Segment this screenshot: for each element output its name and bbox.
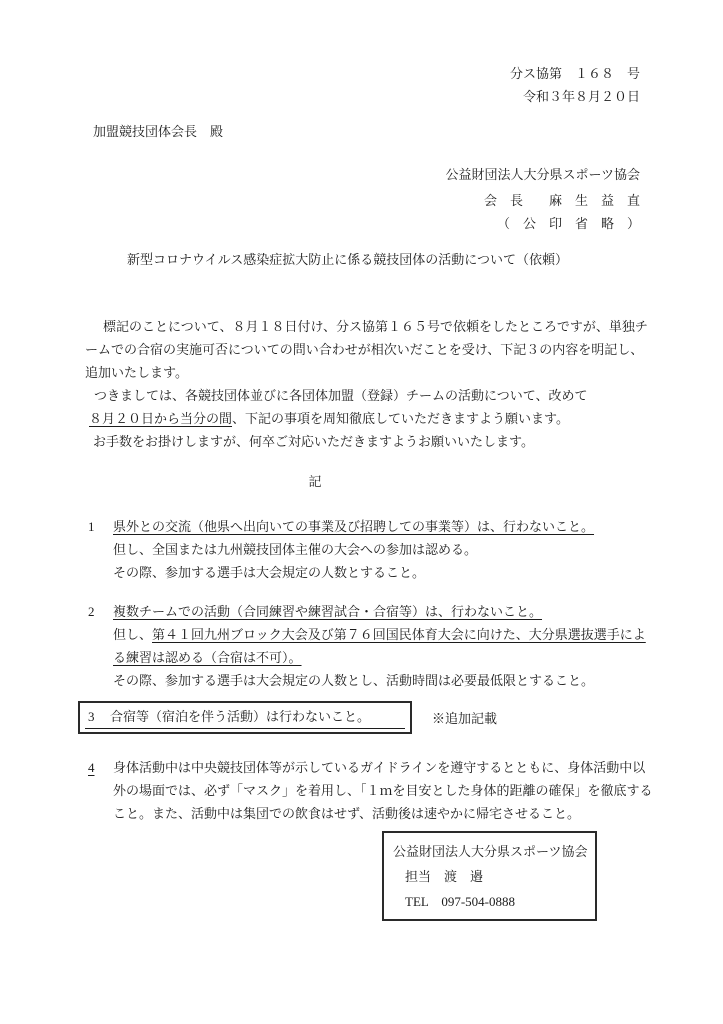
item-number: 3 — [85, 705, 110, 728]
item-line: その際、参加する選手は大会規定の人数とすること。 — [113, 561, 640, 584]
ref-number: 分ス協第 １６８ 号 — [85, 62, 640, 85]
document-page: 分ス協第 １６８ 号 令和３年８月２０日 加盟競技団体会長 殿 公益財団法人大分… — [0, 0, 723, 1024]
underlined-rule-text: 県外との交流（他県へ出向いての事業及び招聘しての事業等）は、行わないこと。 — [113, 519, 594, 534]
underlined-period-text: ８月２０日から当分の間 — [89, 411, 232, 426]
paragraph-line: 標記のことについて、８月１８日付け、分ス協第１６５号で依頼をしたところですが、単… — [103, 315, 640, 338]
paragraph-2: つきましては、各競技団体並びに各団体加盟（登録）チームの活動について、改めて ８… — [85, 384, 640, 453]
contact-box: 公益財団法人大分県スポーツ協会 担当 渡 邉 TEL 097-504-0888 — [382, 831, 597, 921]
underlined-rule-text: 第４１回九州ブロック大会及び第７６回国民体育大会に向けた、大分県選抜選手によ — [152, 627, 646, 642]
issue-date: 令和３年８月２０日 — [85, 85, 640, 108]
item-line: 県外との交流（他県へ出向いての事業及び招聘しての事業等）は、行わないこと。 — [113, 515, 640, 538]
item-number: 2 — [85, 600, 113, 623]
underlined-rule-text: る練習は認める（合宿は不可）。 — [113, 650, 302, 665]
item-line: 複数チームでの活動（合同練習や練習試合・合宿等）は、行わないこと。 — [113, 600, 646, 623]
sender-org: 公益財団法人大分県スポーツ協会 — [85, 163, 640, 186]
contact-org: 公益財団法人大分県スポーツ協会 — [393, 839, 591, 864]
paragraph-line: つきましては、各競技団体並びに各団体加盟（登録）チームの活動について、改めて — [94, 384, 640, 407]
sender-block: 公益財団法人大分県スポーツ協会 会 長 麻 生 益 直 （ 公 印 省 略 ） — [85, 163, 640, 235]
paragraph-text: 、下記の事項を周知徹底していただきますよう願います。 — [232, 411, 569, 426]
contact-person: 担当 渡 邉 — [405, 864, 591, 889]
ki-heading: 記 — [85, 470, 640, 493]
item-body: 県外との交流（他県へ出向いての事業及び招聘しての事業等）は、行わないこと。 但し… — [113, 515, 640, 584]
paragraph-line: お手数をお掛けしますが、何卒ご対応いただきますようお願いいたします。 — [93, 430, 640, 453]
item-4: 4 身体活動中は中央競技団体等が示しているガイドラインを遵守するとともに、身体活… — [85, 756, 640, 825]
item-line: 但し、全国または九州競技団体主催の大会への参加は認める。 — [113, 538, 640, 561]
item-number: 4 — [85, 756, 113, 779]
document-title: 新型コロナウイルス感染症拡大防止に係る競技団体の活動について（依頼） — [85, 248, 640, 271]
item-3-boxed-text: 3合宿等（宿泊を伴う活動）は行わないこと。 — [85, 705, 405, 729]
item-body: 身体活動中は中央競技団体等が示しているガイドラインを遵守するとともに、身体活動中… — [113, 756, 653, 825]
contact-tel: TEL 097-504-0888 — [405, 889, 591, 914]
item-line: 外の場面では、必ず「マスク」を着用し、「１ｍを目安とした身体的距離の確保」を徹底… — [113, 779, 653, 802]
paragraph-1: 標記のことについて、８月１８日付け、分ス協第１６５号で依頼をしたところですが、単… — [85, 315, 640, 384]
item-line: る練習は認める（合宿は不可）。 — [113, 646, 646, 669]
underlined-item-number: 4 — [88, 760, 95, 775]
item-2: 2 複数チームでの活動（合同練習や練習試合・合宿等）は、行わないこと。 但し、第… — [85, 600, 640, 692]
item-line: 身体活動中は中央競技団体等が示しているガイドラインを遵守するとともに、身体活動中… — [113, 756, 653, 779]
item-line: その際、参加する選手は大会規定の人数とし、活動時間は必要最低限とすること。 — [113, 669, 646, 692]
item-3-box: 3合宿等（宿泊を伴う活動）は行わないこと。 — [78, 701, 412, 734]
item-line: 但し、第４１回九州ブロック大会及び第７６回国民体育大会に向けた、大分県選抜選手に… — [113, 623, 646, 646]
addressee: 加盟競技団体会長 殿 — [93, 120, 640, 143]
seal-omitted-note: （ 公 印 省 略 ） — [85, 212, 640, 235]
paragraph-line: ８月２０日から当分の間、下記の事項を周知徹底していただきますよう願います。 — [89, 407, 640, 430]
item-3-row: 3合宿等（宿泊を伴う活動）は行わないこと。 ※追加記載 — [78, 701, 640, 734]
item-body: 複数チームでの活動（合同練習や練習試合・合宿等）は、行わないこと。 但し、第４１… — [113, 600, 646, 692]
item-number: 1 — [85, 515, 113, 538]
underlined-rule-text: 複数チームでの活動（合同練習や練習試合・合宿等）は、行わないこと。 — [113, 604, 542, 619]
paragraph-line: ームでの合宿の実施可否についての問い合わせが相次いだことを受け、下記３の内容を明… — [85, 338, 640, 361]
paragraph-line: 追加いたします。 — [85, 361, 640, 384]
item-line: こと。また、活動中は集団での飲食はせず、活動後は速やかに帰宅させること。 — [113, 802, 653, 825]
addendum-note: ※追加記載 — [432, 708, 497, 727]
item-text: 但し、 — [113, 627, 152, 642]
item-1: 1 県外との交流（他県へ出向いての事業及び招聘しての事業等）は、行わないこと。 … — [85, 515, 640, 584]
item-text: 合宿等（宿泊を伴う活動）は行わないこと。 — [110, 705, 370, 728]
sender-president: 会 長 麻 生 益 直 — [85, 189, 640, 212]
